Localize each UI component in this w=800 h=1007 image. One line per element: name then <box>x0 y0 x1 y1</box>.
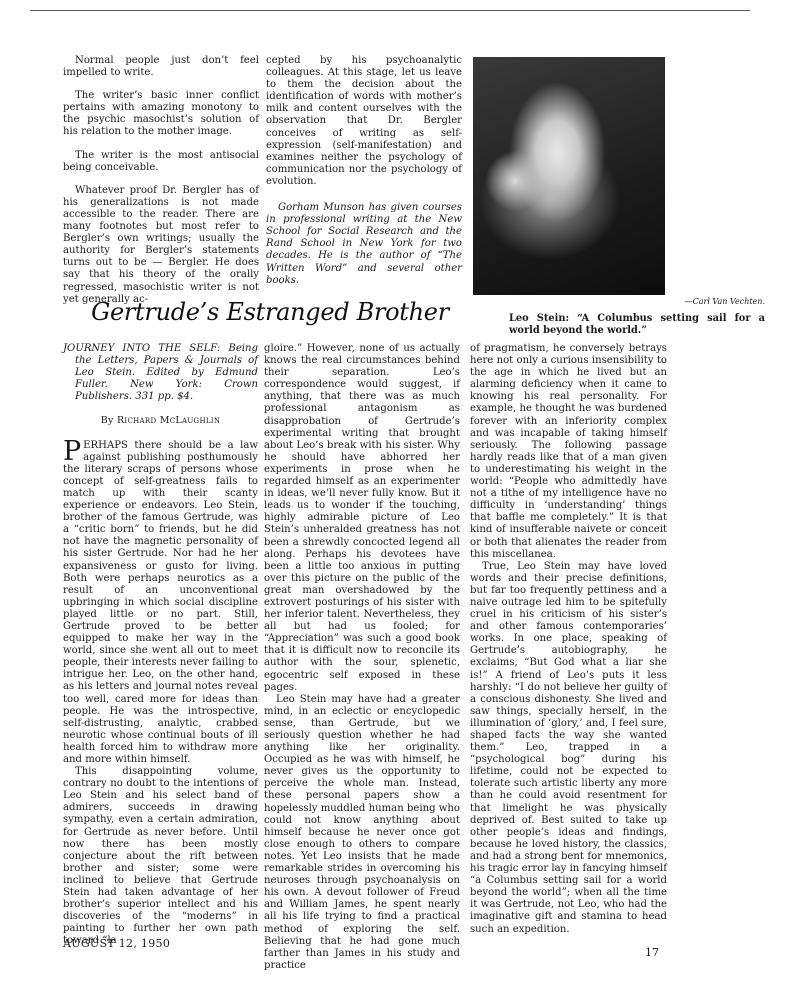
previous-article-column-1: Normal people just don’t feel impelled t… <box>63 55 259 306</box>
book-info: JOURNEY INTO THE SELF: Being the Letters… <box>63 343 258 403</box>
body-paragraph: Whatever proof Dr. Bergler has of his ge… <box>63 185 259 306</box>
body-paragraph: True, Leo Stein may have loved words and… <box>470 561 667 936</box>
quote-paragraph: The writer is the most antisocial being … <box>63 150 259 174</box>
photo-credit: —Carl Van Vechten. <box>560 297 765 306</box>
article-headline: Gertrude’s Estranged Brother <box>60 298 480 326</box>
byline: By Richard McLaughlin <box>63 415 258 427</box>
issue-date: AUGUST 12, 1950 <box>63 937 170 950</box>
quote-paragraph: The writer’s basic inner conflict pertai… <box>63 90 259 138</box>
body-paragraph: gloire.” However, none of us actually kn… <box>264 343 460 694</box>
author-note: Gorham Munson has given courses in profe… <box>266 202 462 287</box>
leo-stein-photo <box>473 57 665 295</box>
byline-prefix: By <box>101 415 117 426</box>
quote-paragraph: Normal people just don’t feel impelled t… <box>63 55 259 79</box>
body-paragraph: of pragmatism, he conversely betrays her… <box>470 343 667 561</box>
top-rule <box>30 10 750 11</box>
drop-cap: P <box>63 441 81 463</box>
body-paragraph: This disappointing volume, contrary no d… <box>63 766 258 947</box>
body-paragraph: PERHAPS there should be a law against pu… <box>63 440 258 767</box>
review-column-3: of pragmatism, he conversely betrays her… <box>470 343 667 936</box>
page-number: 17 <box>645 946 659 959</box>
previous-article-column-2: cepted by his psychoanalytic colleagues.… <box>266 55 462 287</box>
photo-caption: Leo Stein: “A Columbus setting sail for … <box>509 313 765 336</box>
review-column-1: JOURNEY INTO THE SELF: Being the Letters… <box>63 343 258 948</box>
body-text: ERHAPS there should be a law against pub… <box>63 440 258 765</box>
body-paragraph: cepted by his psychoanalytic colleagues.… <box>266 55 462 188</box>
body-paragraph: Leo Stein may have had a greater mind, i… <box>264 694 460 972</box>
review-column-2: gloire.” However, none of us actually kn… <box>264 343 460 972</box>
byline-author: Richard McLaughlin <box>117 415 220 426</box>
